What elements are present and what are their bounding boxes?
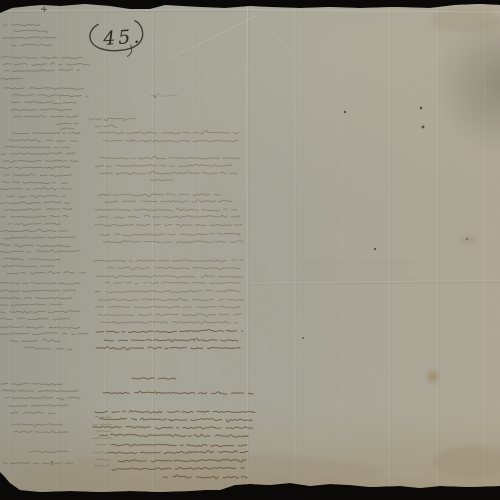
ink-speck bbox=[374, 248, 376, 250]
ink-speck bbox=[344, 111, 346, 113]
ink-speck bbox=[420, 107, 423, 110]
ink-speck bbox=[154, 96, 156, 98]
ink-speck bbox=[422, 126, 425, 129]
ink-speck bbox=[51, 461, 53, 463]
ink-speck bbox=[466, 238, 468, 240]
paper-grain bbox=[0, 0, 500, 500]
manuscript-scan-image: 45. bbox=[0, 0, 500, 500]
scan-stage: 45. bbox=[0, 0, 500, 500]
ink-speck bbox=[302, 337, 304, 339]
page-number: 45. bbox=[101, 25, 143, 50]
